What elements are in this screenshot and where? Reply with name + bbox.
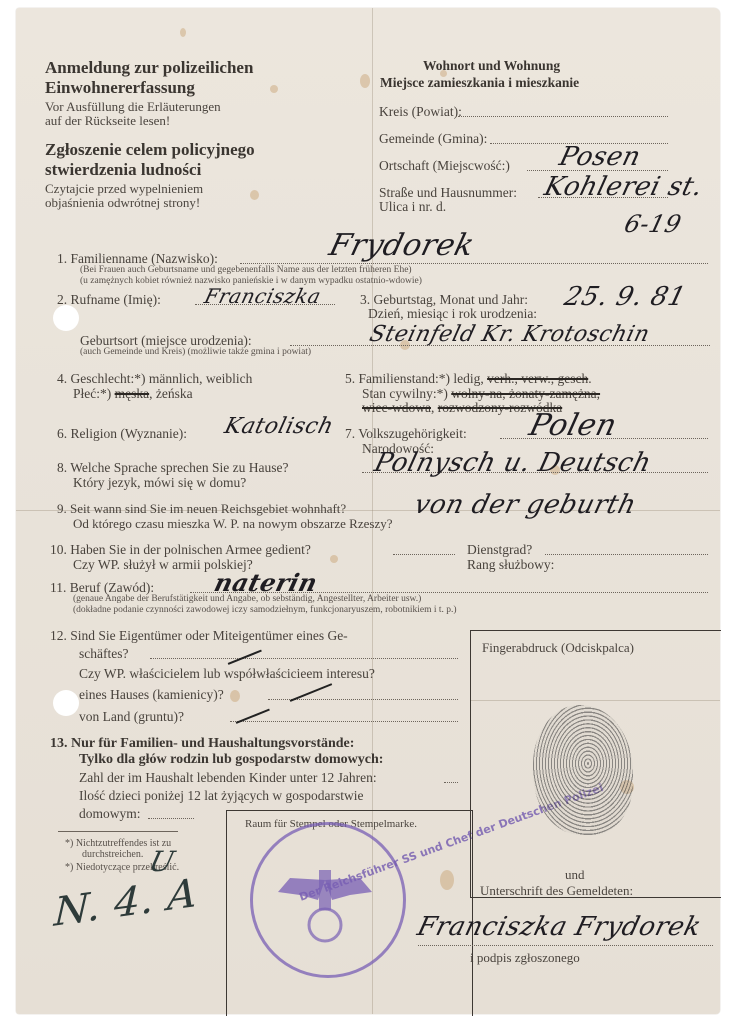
signature-label: Unterschrift des Gemeldeten: (480, 883, 633, 899)
footnote-divider (58, 831, 178, 832)
familienname-note-de: (Bei Frauen auch Geburtsname und gegeben… (80, 265, 412, 276)
haushalt-title-de: 13. Nur für Familien- und Haushaltungsvo… (50, 736, 354, 752)
familienname-field[interactable] (240, 263, 708, 264)
stain (250, 190, 259, 200)
rufname-value: Franciszka (202, 284, 324, 308)
geschlecht-label-pl: Płeć:*) męska, żeńska (73, 386, 193, 401)
stain (360, 74, 370, 88)
fingerprint-impression (533, 705, 633, 835)
geschlecht-label-de: 4. Geschlecht:*) männlich, weiblich (57, 371, 252, 386)
sprache-value: Polnysch u. Deutsch (371, 448, 654, 478)
struck-meska: męska (115, 386, 150, 401)
familienstand-label-pl: Stan cywilny:*) wolny-na, żonaty-zamężna… (362, 386, 600, 401)
familienname-label: 1. Familienname (Nazwisko): (57, 251, 218, 266)
zenska-text: , żeńska (149, 386, 192, 401)
stain (230, 690, 240, 702)
kinder-label-pl: Ilość dzieci poniżej 12 lat żyjących w g… (79, 788, 364, 803)
familienstand-prefix: 5. Familienstand:*) ledig, (345, 371, 484, 386)
title-pl-line2: stwierdzenia ludności (45, 160, 201, 179)
signature-label-pl: i podpis zgłoszonego (470, 950, 580, 966)
geburtstag-value: 25. 9. 81 (561, 282, 689, 312)
sprache-label-pl: Który jezyk, mówi się w domu? (73, 475, 246, 490)
note-pl-line1: Czytajcie przed wypelnieniem (45, 182, 203, 196)
note-pl-line2: objaśnienia odwrótnej strony! (45, 196, 200, 210)
beruf-note-de: (genaue Angabe der Berufstätigkeit und A… (73, 594, 421, 605)
volkszugehoerigkeit-label: 7. Volkszugehörigkeit: (345, 426, 467, 441)
punch-hole-bottom (53, 690, 79, 716)
armee-field[interactable] (393, 554, 455, 555)
title-pl-line1: Zgłoszenie celem policyjnego (45, 140, 255, 159)
gemeinde-label: Gemeinde (Gmina): (379, 131, 487, 146)
signature-field[interactable] (418, 945, 713, 946)
plec-prefix: Płeć:*) (73, 386, 111, 401)
residence-heading-pl: Miejsce zamieszkania i mieszkanie (380, 75, 579, 91)
geschaeft-field[interactable] (150, 658, 458, 659)
strasse-label-de: Straße und Hausnummer: (379, 185, 517, 200)
strasse-value: Kohlerei st. (541, 172, 706, 202)
residence-heading-de: Wohnort und Wohnung (423, 58, 560, 74)
familienstand-label-de: 5. Familienstand:*) ledig, verh., verw.,… (345, 371, 592, 386)
beruf-label: 11. Beruf (Zawód): (50, 580, 154, 595)
beruf-value: naterin (211, 568, 320, 597)
geburtstag-label-pl: Dzień, miesiąc i rok urodzenia: (368, 306, 537, 321)
eigentuemer-label-line1: 12. Sind Sie Eigentümer oder Miteigentüm… (50, 628, 348, 643)
note-de-line2: auf der Rückseite lesen! (45, 114, 170, 128)
religion-value: Katolisch (222, 414, 336, 439)
land-field[interactable] (230, 721, 458, 722)
hauses-label: eines Hauses (kamienicy)? (79, 687, 224, 702)
strasse-label-pl: Ulica i nr. d. (379, 199, 446, 214)
familienname-value: Frydorek (326, 228, 478, 263)
kreis-field[interactable] (458, 116, 668, 117)
ortschaft-value: Posen (556, 142, 644, 172)
kinder-field[interactable] (444, 782, 458, 783)
rang-label: Rang służbowy: (467, 557, 554, 572)
reichsgebiet-value: von der geburth (411, 490, 639, 520)
title-de-line1: Anmeldung zur polizeilichen (45, 58, 253, 77)
eigentuemer-label-pl: Czy WP. właścicielem lub współwłaściciee… (79, 666, 375, 681)
hausnummer-value: 6-19 (622, 210, 685, 238)
eagle-emblem-icon (270, 860, 380, 950)
kreis-label: Kreis (Powiat): (379, 104, 462, 119)
struck-wiec: wiec-wdowa (362, 400, 431, 415)
geburtsort-note: (auch Gemeinde und Kreis) (możliwie takż… (80, 347, 311, 358)
dienstgrad-label: Dienstgrad? (467, 542, 532, 557)
kinder-label-de: Zahl der im Haushalt lebenden Kinder unt… (79, 770, 377, 785)
signature-value: Franciszka Frydorek (414, 912, 704, 942)
haushalt-title-pl: Tylko dla głów rodzin lub gospodarstw do… (79, 752, 383, 768)
footnote-de-line2: durchstreichen. (82, 849, 143, 860)
kinder-label-pl2: domowym: (79, 806, 141, 821)
geburtsort-value: Steinfeld Kr. Krotoschin (367, 322, 652, 347)
stan-cywilny-prefix: Stan cywilny:*) (362, 386, 448, 401)
rufname-label: 2. Rufname (Imię): (57, 292, 161, 307)
reichsgebiet-label-de: 9. Seit wann sind Sie im neuen Reichsgeb… (57, 501, 346, 516)
ortschaft-label: Ortschaft (Miejscwość:) (379, 158, 510, 173)
religion-label: 6. Religion (Wyznanie): (57, 426, 187, 441)
stain (270, 85, 278, 93)
geburtsort-label: Geburtsort (miejsce urodzenia): (80, 333, 252, 348)
sprache-label-de: 8. Welche Sprache sprechen Sie zu Hause? (57, 460, 288, 475)
dienstgrad-field[interactable] (545, 554, 708, 555)
armee-label-de: 10. Haben Sie in der polnischen Armee ge… (50, 542, 311, 557)
reichsgebiet-label-pl: Od którego czasu mieszka W. P. na nowym … (73, 516, 393, 531)
hauses-field[interactable] (268, 699, 458, 700)
note-de-line1: Vor Ausfüllung die Erläuterungen (45, 100, 221, 114)
geburtstag-label-de: 3. Geburtstag, Monat und Jahr: (360, 292, 528, 307)
punch-hole-top (53, 305, 79, 331)
land-label: von Land (gruntu)? (79, 709, 184, 724)
eigentuemer-label-line2: schäftes? (79, 646, 128, 661)
stain (330, 555, 338, 563)
stain (180, 28, 186, 37)
title-de-line2: Einwohnererfassung (45, 78, 195, 97)
struck-wolny: wolny-na, żonaty-zamężna, (451, 386, 600, 401)
fingerprint-label: Fingerabdruck (Odciskpalca) (482, 640, 634, 656)
kinder-domowym-field[interactable] (148, 818, 194, 819)
fingerprint-und: und (565, 867, 585, 883)
beruf-note-pl: (dokładne podanie czynności zawodowej ic… (73, 605, 457, 616)
volkszugehoerigkeit-value: Polen (526, 408, 621, 443)
struck-verh: verh., verw., gesch (487, 371, 588, 386)
